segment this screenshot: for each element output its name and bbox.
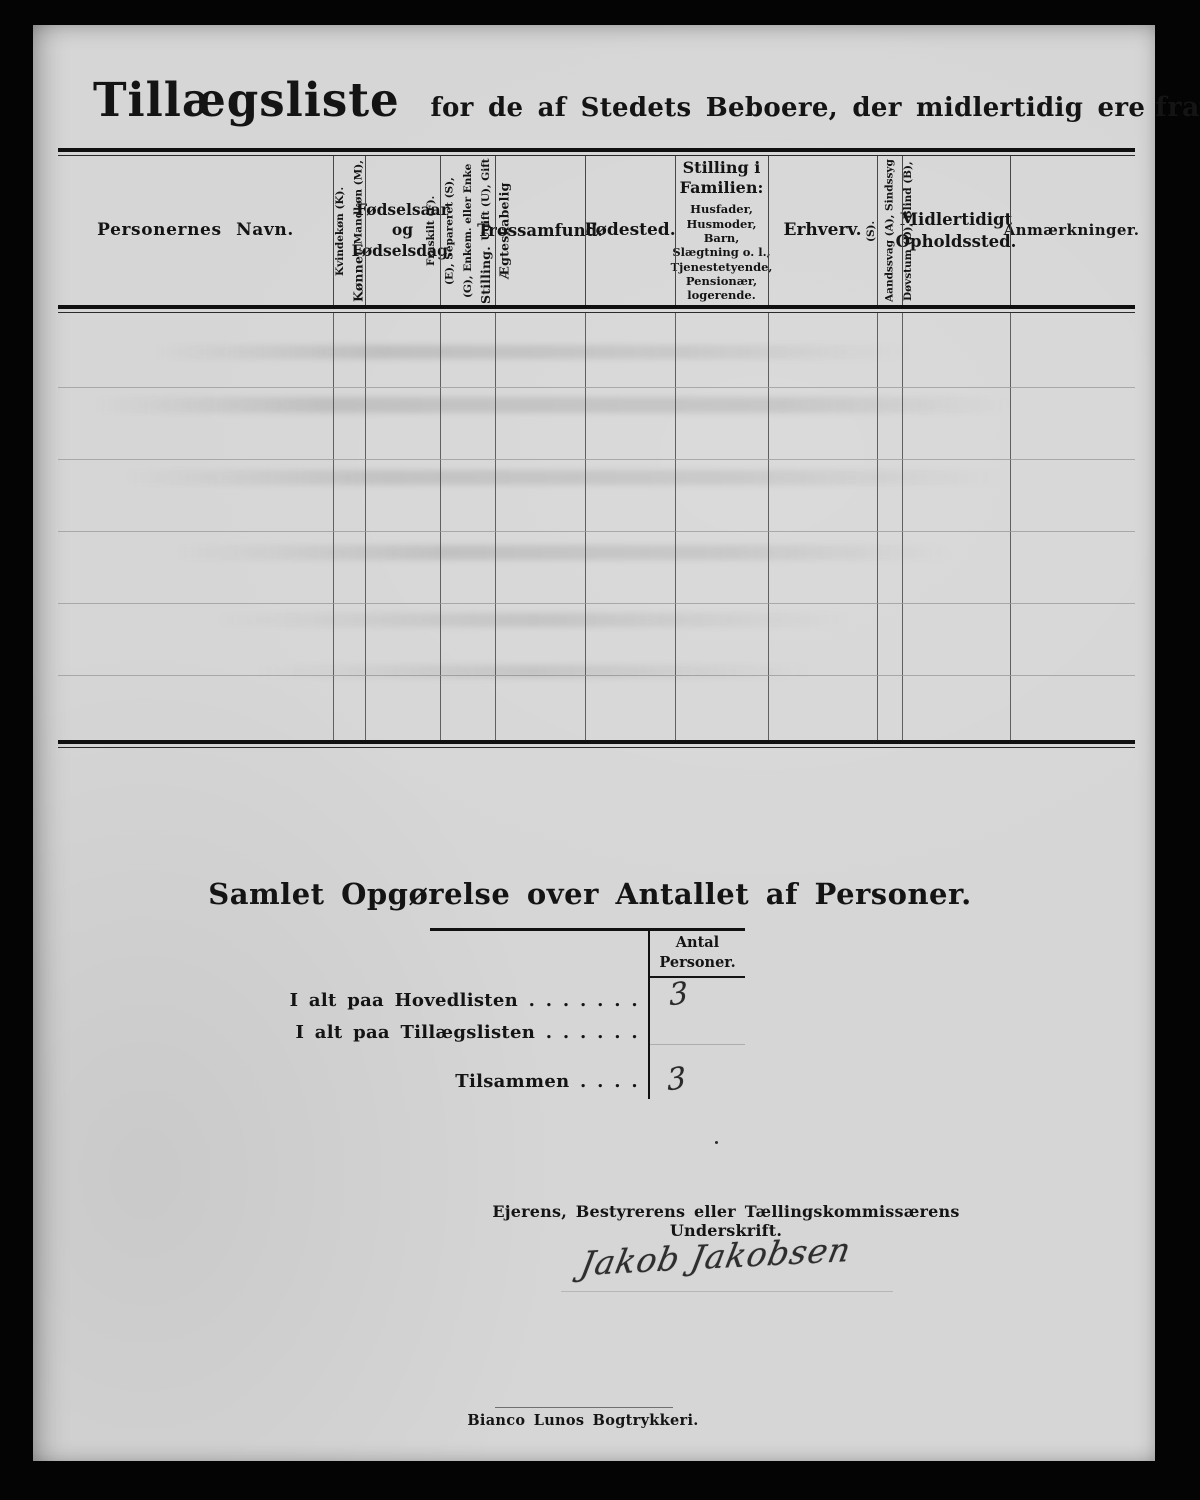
column-header-stilling-i-familien: Stilling i Familien: Husfader, Husmoder,… [675,156,768,305]
summary-row-label-tilsammen: Tilsammen . . . . [268,1071,638,1092]
summary-row-label-tillaegslisten: I alt paa Tillægslisten . . . . . . [268,1022,638,1043]
table-vertical-divider [440,156,441,305]
summary-column-header: Antal Personer. [650,933,745,972]
table-vertical-divider [902,156,903,305]
column-header-foedested: Fødested. [585,156,675,305]
empty-row-line [58,675,1135,676]
empty-row-line [58,387,1135,388]
scanned-census-form: { "document": { "title": "Tillægsliste",… [0,0,1200,1500]
summary-row-value-tilsammen: 3 [666,1060,687,1098]
summary-column-header-line1: Antal [676,934,719,951]
column-header-label: Erhverv. [783,219,861,241]
signature-line [561,1291,893,1292]
title-divider-rule [58,148,1135,156]
column-header-label: Midlertidigt Opholdssted. [896,209,1017,252]
column-header-label: Anmærkninger. [1004,221,1140,241]
bleed-through-smudge [173,545,953,560]
summary-column-header-rule [650,976,745,978]
column-header-erhverv: Erhverv. [768,156,877,305]
column-header-anmaerkninger: Anmærkninger. [1010,156,1133,305]
page-title-subtitle-emphasis: fraværende. [1155,92,1200,123]
summary-heading: Samlet Opgørelse over Antallet af Person… [33,877,1147,911]
column-header-label: Stilling i Familien: [675,158,768,198]
column-header-sublabel: Husfader, Husmoder, Barn, Slægtning o. l… [671,202,773,303]
summary-total-separator-rule [650,1044,745,1045]
column-header-label: Personernes Navn. [97,219,294,241]
column-header-personernes-navn: Personernes Navn. [58,156,333,305]
summary-row-value-hovedlisten: 3 [668,975,689,1013]
table-vertical-divider [585,156,586,305]
bleed-through-smudge [153,345,913,359]
bleed-through-smudge [213,613,853,627]
header-bottom-rule [58,305,1135,313]
table-vertical-divider [768,156,769,305]
table-vertical-divider [495,156,496,305]
page-title-subtitle: for de af Stedets Beboere, der midlertid… [430,93,1145,123]
column-header-trossamfund: Trossamfund. [495,156,585,305]
printer-rule [495,1407,673,1408]
table-vertical-divider [877,156,878,305]
ink-speck [715,1141,718,1144]
table-bottom-rule [58,740,1135,748]
signature-label: Ejerens, Bestyrerens eller Tællingskommi… [476,1202,976,1240]
table-vertical-divider [365,156,366,305]
page-title: Tillægsliste for de af Stedets Beboere, … [93,73,1133,128]
column-header-label: Fødested. [584,219,675,241]
table-vertical-divider [675,156,676,305]
summary-top-rule [430,928,745,931]
paper-sheet: Tillægsliste for de af Stedets Beboere, … [33,25,1155,1461]
table-vertical-divider [333,156,334,305]
empty-row-line [58,531,1135,532]
empty-row-line [58,459,1135,460]
bleed-through-smudge [253,665,813,678]
printer-imprint: Bianco Lunos Bogtrykkeri. [443,1412,723,1429]
bleed-through-smudge [123,470,1003,485]
column-header-midlertidigt-opholdssted: Midlertidigt Opholdssted. [902,156,1010,305]
bleed-through-smudge [93,397,1013,413]
summary-column-header-line2: Personer. [659,954,735,971]
table-vertical-divider [1010,156,1011,305]
summary-row-label-hovedlisten: I alt paa Hovedlisten . . . . . . . [268,990,638,1011]
page-title-main: Tillægsliste [93,73,400,128]
empty-row-line [58,603,1135,604]
